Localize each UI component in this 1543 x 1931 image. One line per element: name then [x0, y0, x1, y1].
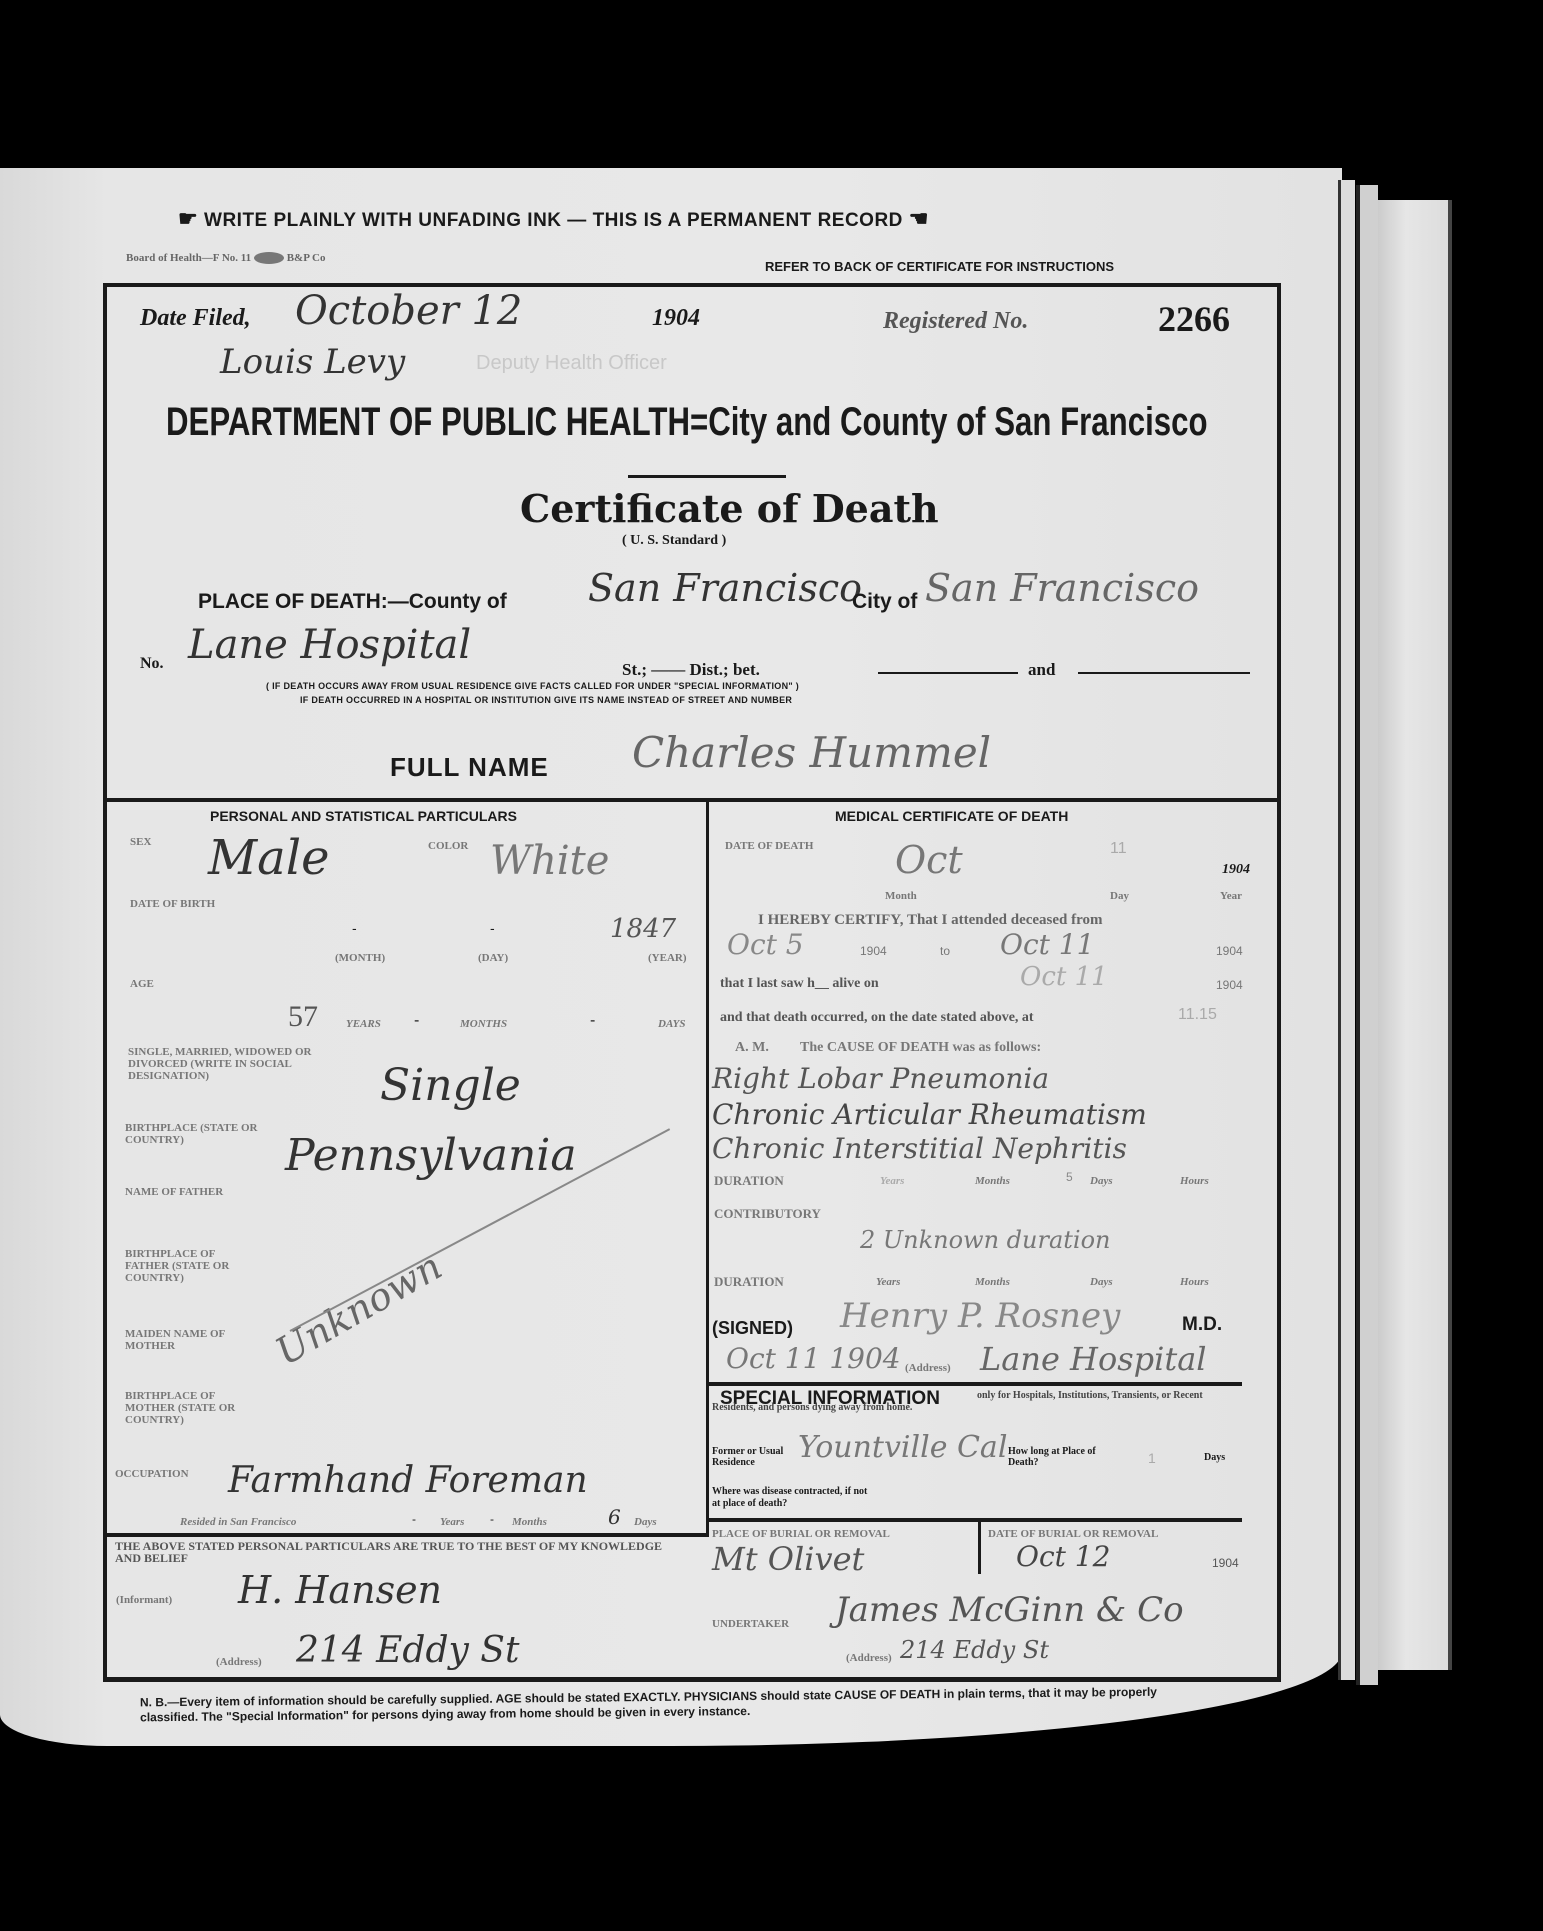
father-birthplace-label: BIRTHPLACE OF FATHER (State or Country) [125, 1248, 255, 1284]
dod-label: DATE OF DEATH [725, 840, 813, 852]
age-years: 57 [288, 1000, 318, 1034]
cause-1: Right Lobar Pneumonia [712, 1062, 1049, 1095]
resided-days: 6 [608, 1505, 621, 1529]
contracted-label: Where was disease contracted, if not at … [712, 1486, 872, 1510]
officer-title: Deputy Health Officer [476, 352, 667, 375]
dur2-years: Years [876, 1276, 900, 1288]
undertaker-label: UNDERTAKER [712, 1618, 789, 1630]
occupation-label: OCCUPATION [115, 1468, 189, 1480]
father-name-label: NAME OF FATHER [125, 1186, 225, 1198]
dod-day: 11 [1110, 840, 1127, 858]
dob-day: - [490, 920, 495, 936]
county-value: San Francisco [588, 566, 862, 610]
color-value: White [490, 838, 609, 884]
death-time: 11.15 [1178, 1006, 1217, 1024]
certify-text: I HEREBY CERTIFY, That I attended deceas… [758, 912, 1103, 929]
dob-year: 1847 [610, 914, 676, 944]
burial-divider [978, 1522, 981, 1574]
marital-label: SINGLE, MARRIED, WIDOWED OR DIVORCED (Wr… [128, 1046, 358, 1082]
signed-label: (SIGNED) [712, 1318, 793, 1339]
death-time-label: and that death occurred, on the date sta… [720, 1010, 1034, 1026]
dod-year: 1904 [1222, 862, 1250, 878]
cause-3: Chronic Interstitial Nephritis [712, 1132, 1127, 1165]
dur-years: Years [880, 1175, 904, 1187]
day-label: (Day) [478, 952, 508, 964]
contributory-label: CONTRIBUTORY [714, 1208, 821, 1220]
medical-heading: MEDICAL CERTIFICATE OF DEATH [835, 808, 1068, 824]
dur-months: Months [975, 1175, 1010, 1187]
dob-month: - [352, 920, 357, 936]
informant-address-label: (Address) [216, 1656, 262, 1668]
attended-to-year: 1904 [1216, 944, 1243, 958]
duration-label-2: DURATION [714, 1276, 784, 1288]
blank-line [1078, 672, 1250, 674]
md-label: M.D. [1182, 1314, 1222, 1336]
attended-from: Oct 5 [727, 928, 804, 961]
city-label: City of [852, 590, 917, 614]
resided-months: - [490, 1512, 494, 1526]
dod-year-label: Year [1220, 890, 1242, 902]
attended-from-year: 1904 [860, 944, 887, 958]
how-long-value: 1 [1148, 1450, 1156, 1466]
occupation-value: Farmhand Foreman [228, 1460, 588, 1501]
street-label: St.; —— Dist.; bet. [622, 660, 760, 680]
age-label: AGE [130, 978, 154, 990]
form-id: Board of Health—F No. 11 B&P Co [126, 252, 326, 264]
birthplace-label: BIRTHPLACE (State or Country) [125, 1122, 275, 1146]
days-label: Days [658, 1018, 686, 1030]
month-label: (Month) [335, 952, 385, 964]
informant-label: (Informant) [116, 1594, 172, 1606]
dur-days: Days [1090, 1175, 1113, 1187]
duration-label: DURATION [714, 1175, 784, 1187]
resided-days-label: Days [634, 1516, 657, 1528]
section-divider [706, 1382, 1242, 1386]
dur2-days: Days [1090, 1276, 1113, 1288]
last-saw-year: 1904 [1216, 978, 1243, 992]
burial-date-label: DATE OF BURIAL OR REMOVAL [988, 1528, 1158, 1540]
printer-text: B&P Co [287, 252, 326, 264]
date-filed-value: October 12 [295, 288, 522, 334]
age-days: - [590, 1012, 595, 1030]
banner-text: WRITE PLAINLY WITH UNFADING INK — THIS I… [204, 210, 903, 231]
and-label: and [1028, 660, 1055, 680]
blank-line [878, 672, 1018, 674]
officer-signature: Louis Levy [220, 342, 405, 382]
burial-year: 1904 [1212, 1556, 1239, 1570]
burial-place-label: PLACE OF BURIAL OR REMOVAL [712, 1528, 890, 1540]
banner: ☛ WRITE PLAINLY WITH UNFADING INK — THIS… [178, 206, 929, 232]
registered-label: Registered No. [883, 308, 1028, 335]
department-title: DEPARTMENT OF PUBLIC HEALTH=City and Cou… [166, 400, 1001, 445]
residence-label: Former or Usual Residence [712, 1446, 802, 1468]
section-divider [106, 1533, 706, 1537]
registered-number: 2266 [1158, 298, 1230, 340]
attended-to: Oct 11 [1000, 928, 1094, 961]
resided-years-label: Years [440, 1516, 464, 1528]
how-long-unit: Days [1204, 1452, 1225, 1463]
divider [628, 475, 786, 478]
undertaker-value: James McGinn & Co [835, 1590, 1184, 1630]
residence-value: Yountville Cal [798, 1430, 1007, 1465]
ampm: A. M. [735, 1040, 769, 1056]
attest-text: THE ABOVE STATED PERSONAL PARTICULARS AR… [115, 1540, 685, 1564]
book-page-edge [1378, 200, 1452, 1670]
years-label: Years [346, 1018, 381, 1030]
mother-birthplace-label: BIRTHPLACE OF MOTHER (State or Country) [125, 1390, 265, 1426]
sex-label: SEX [130, 836, 151, 848]
filed-year: 1904 [652, 305, 700, 332]
section-divider [706, 1518, 1242, 1522]
standard-note: ( U. S. Standard ) [622, 533, 726, 549]
full-name-value: Charles Hummel [632, 728, 991, 777]
undertaker-address-label: (Address) [846, 1652, 892, 1664]
dod-month: Oct [895, 838, 963, 882]
form-id-text: Board of Health—F No. 11 [126, 252, 251, 264]
marital-value: Single [380, 1060, 521, 1111]
physician-signature: Henry P. Rosney [840, 1296, 1120, 1336]
undertaker-address-value: 214 Eddy St [900, 1636, 1049, 1664]
dur-days-value: 5 [1066, 1170, 1073, 1184]
special-note: only for Hospitals, Institutions, Transi… [712, 1390, 1242, 1414]
pointing-hand-icon: ☛ [178, 206, 198, 231]
no-label: No. [140, 655, 164, 673]
color-label: COLOR [428, 840, 468, 852]
to-label: to [940, 944, 950, 958]
informant-address-value: 214 Eddy St [296, 1630, 519, 1671]
book-page-edge [1356, 185, 1378, 1685]
resided-months-label: Months [512, 1516, 547, 1528]
signed-date: Oct 11 1904 [726, 1342, 901, 1375]
months-label: Months [460, 1018, 507, 1030]
age-months: - [414, 1012, 419, 1030]
burial-place-value: Mt Olivet [712, 1540, 864, 1578]
dod-month-label: Month [885, 890, 917, 902]
instructions-note: REFER TO BACK OF CERTIFICATE FOR INSTRUC… [765, 259, 1114, 274]
full-name-label: FULL NAME [390, 752, 549, 783]
burial-date-value: Oct 12 [1016, 1540, 1110, 1573]
date-filed-label: Date Filed, [140, 305, 251, 332]
dod-day-label: Day [1110, 890, 1129, 902]
place-note-2: IF DEATH OCCURRED IN A HOSPITAL OR INSTI… [300, 695, 792, 705]
how-long-label: How long at Place of Death? [1008, 1446, 1098, 1468]
certificate-title: Certificate of Death [520, 486, 939, 531]
last-saw-label: that I last saw h__ alive on [720, 976, 879, 992]
book-page-edge [1338, 180, 1355, 1680]
pointing-hand-icon: ☚ [909, 206, 929, 231]
mother-name-label: MAIDEN NAME OF MOTHER [125, 1328, 265, 1352]
personal-heading: PERSONAL AND STATISTICAL PARTICULARS [210, 808, 517, 824]
birthplace-value: Pennsylvania [285, 1130, 577, 1181]
signed-address-label: (Address) [905, 1362, 951, 1374]
cause-2: Chronic Articular Rheumatism [712, 1098, 1147, 1131]
resided-years: - [412, 1512, 416, 1526]
dur2-hours: Hours [1180, 1276, 1209, 1288]
signed-address: Lane Hospital [980, 1340, 1207, 1378]
contributory-value: 2 Unknown duration [860, 1226, 1111, 1254]
place-of-death-label: PLACE OF DEATH:—County of [198, 590, 507, 614]
dob-label: DATE OF BIRTH [130, 898, 215, 910]
resided-label: Resided in San Francisco [180, 1516, 296, 1528]
dur2-months: Months [975, 1276, 1010, 1288]
city-value: San Francisco [925, 566, 1199, 610]
informant-value: H. Hansen [238, 1568, 442, 1612]
last-saw-value: Oct 11 [1020, 962, 1108, 992]
section-divider [103, 798, 1277, 802]
year-label: (Year) [648, 952, 687, 964]
dur-hours: Hours [1180, 1175, 1209, 1187]
sex-value: Male [208, 830, 330, 886]
cause-label: The CAUSE OF DEATH was as follows: [800, 1040, 1041, 1056]
place-note-1: ( IF DEATH OCCURS AWAY FROM USUAL RESIDE… [266, 681, 799, 691]
seal-icon [254, 252, 284, 264]
column-divider [706, 802, 709, 1537]
institution-value: Lane Hospital [188, 622, 471, 668]
